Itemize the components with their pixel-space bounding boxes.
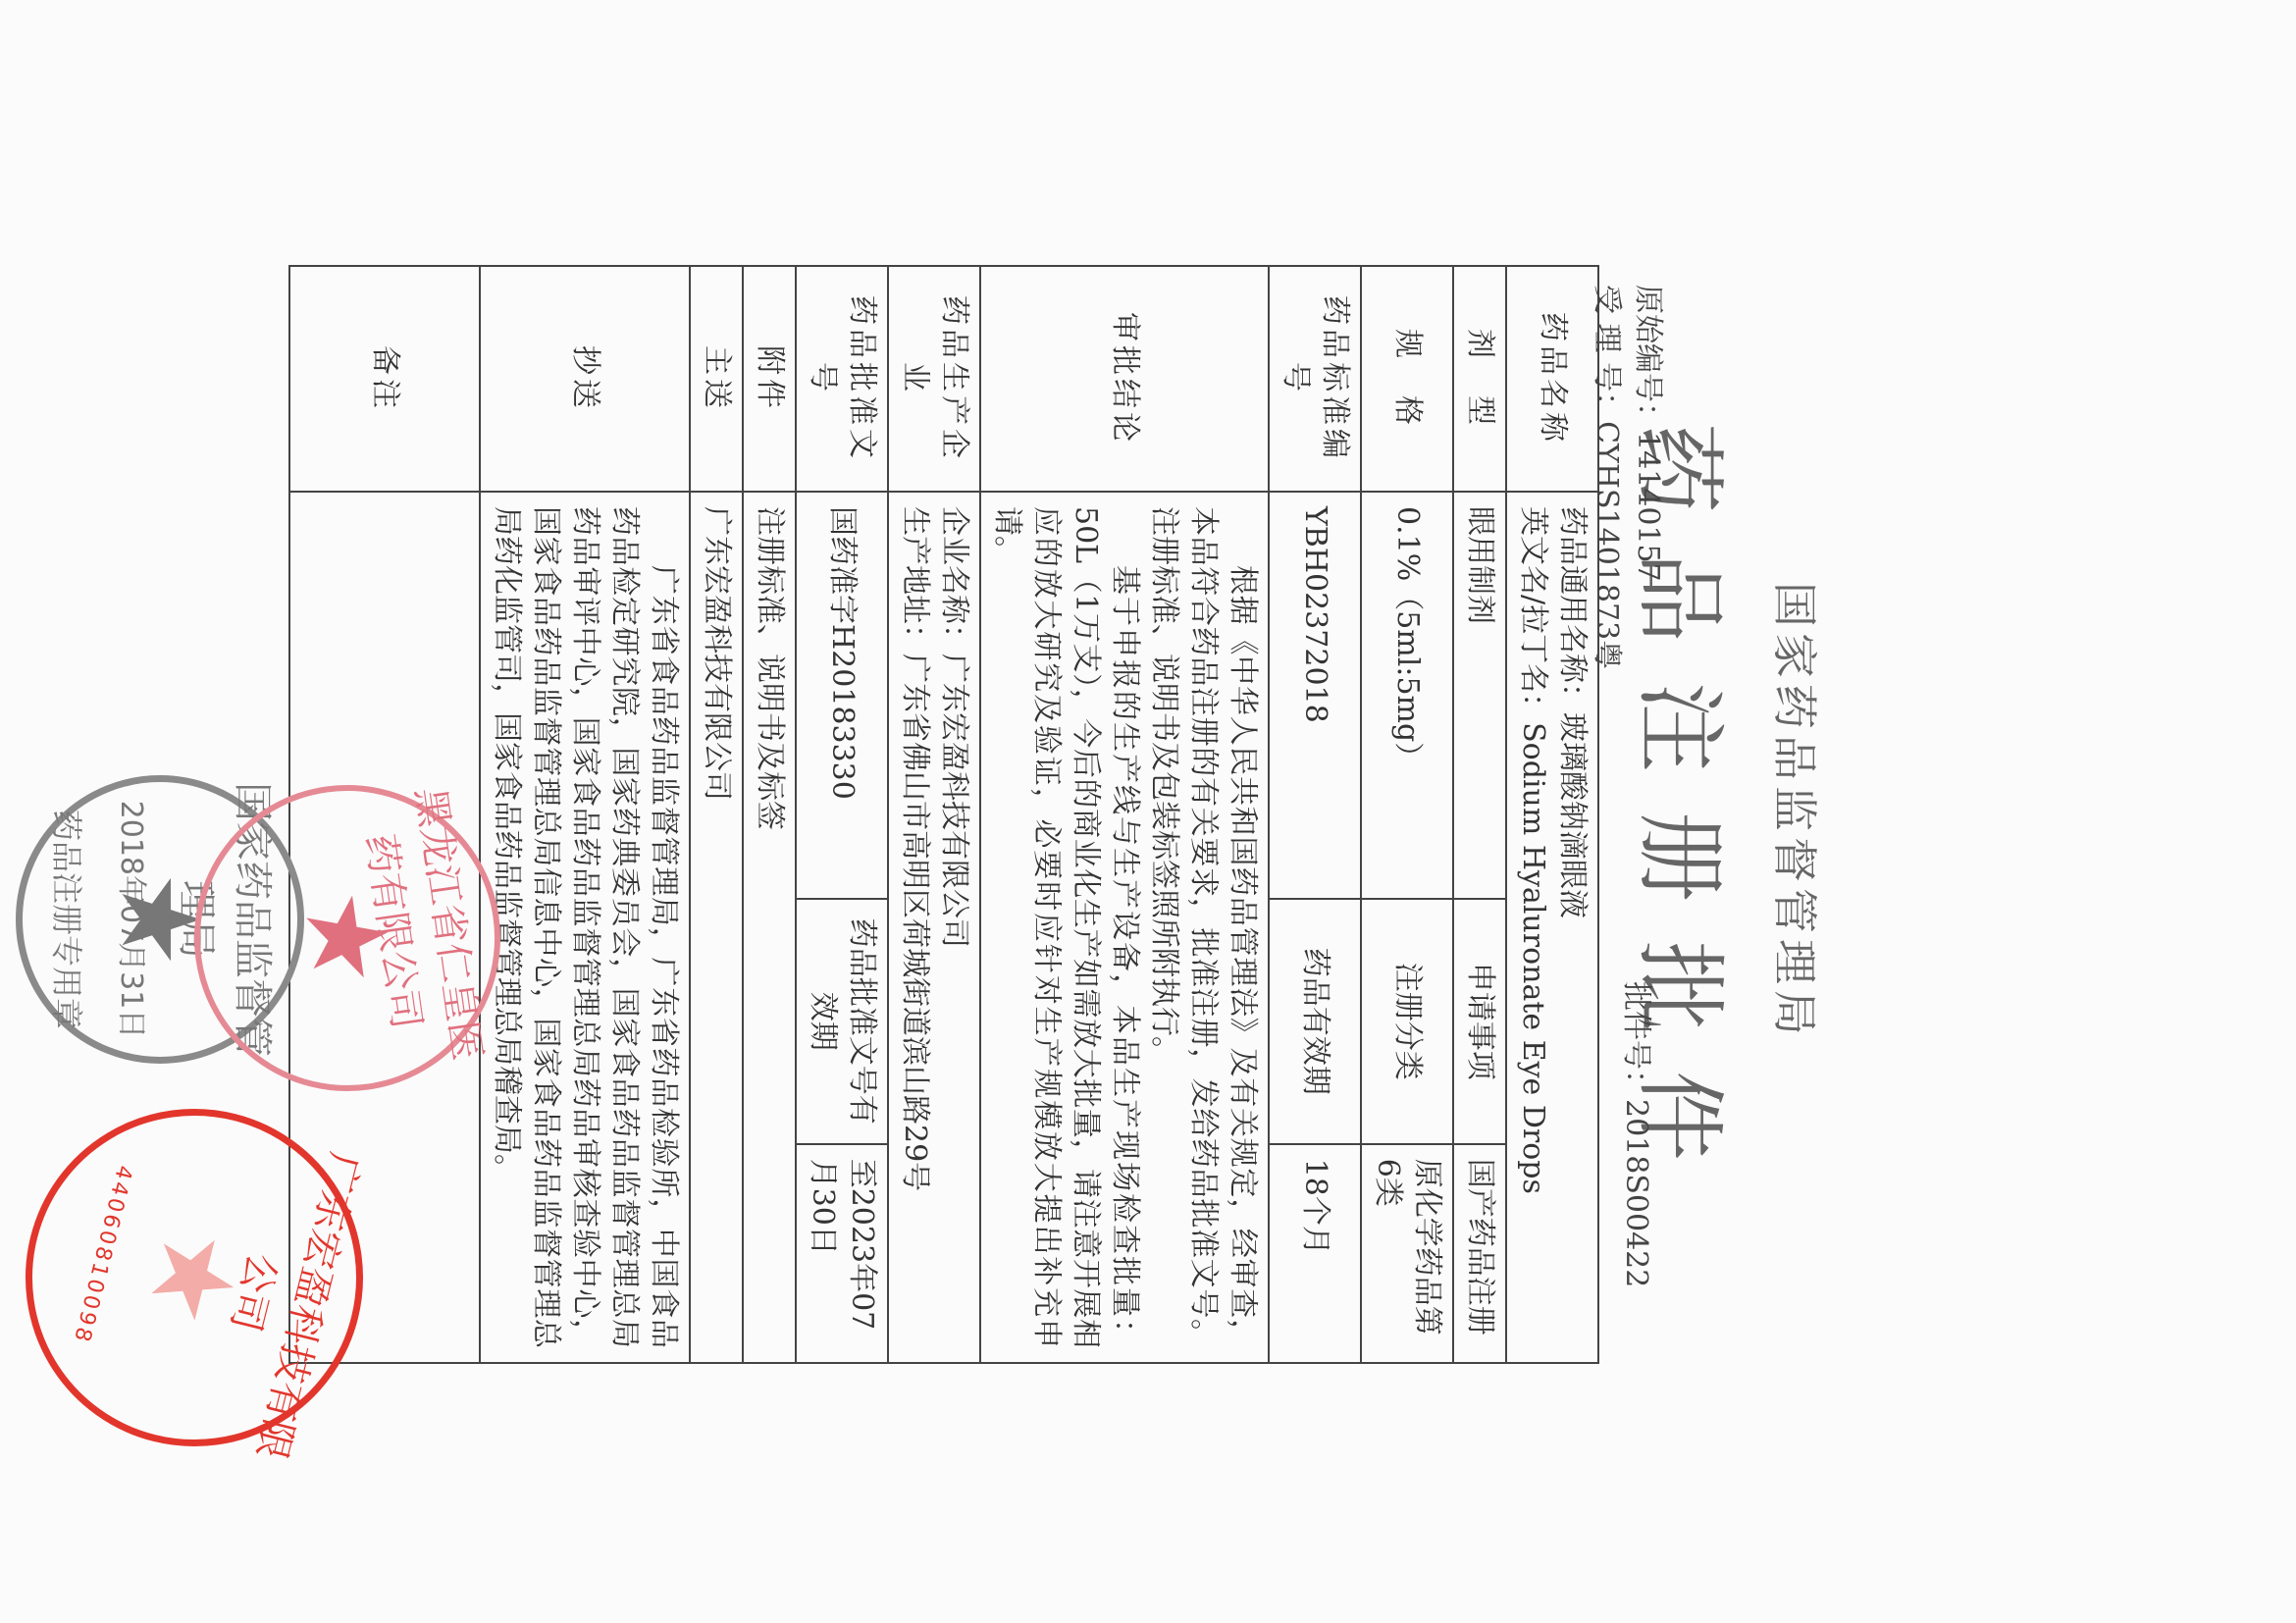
manufacturer-label: 药品生产企业 bbox=[888, 266, 980, 492]
registration-class-label: 注册分类 bbox=[1361, 899, 1453, 1144]
attachment-label: 附件 bbox=[743, 266, 796, 492]
issuing-organization: 国家药品监督管理局 bbox=[1765, 0, 1830, 1623]
dosage-form-label: 剂 型 bbox=[1453, 266, 1506, 492]
approval-conclusion-label: 审批结论 bbox=[980, 266, 1269, 492]
generic-name-label: 药品通用名称： bbox=[1555, 506, 1590, 712]
main-recipient-label: 主送 bbox=[690, 266, 743, 492]
cc-label: 抄送 bbox=[480, 266, 690, 492]
original-number-value: 14140157 bbox=[1631, 432, 1665, 582]
approval-doc-validity-label: 药品批准文号有效期 bbox=[796, 899, 888, 1144]
approval-table: 药品名称 药品通用名称：玻璃酸钠滴眼液 英文名/拉丁名：Sodium Hyalu… bbox=[288, 265, 1599, 1364]
application-item-label: 申请事项 bbox=[1453, 899, 1506, 1144]
seal-purpose: 药品注册专用章 bbox=[46, 782, 91, 1057]
manufacturer-address-value: 广东省佛山市高明区荷城街道滨山路29号 bbox=[898, 654, 932, 1191]
english-name-label: 英文名/拉丁名： bbox=[1516, 506, 1550, 722]
english-name: 英文名/拉丁名：Sodium Hyaluronate Eye Drops bbox=[1513, 506, 1552, 1348]
registration-approval-document: 国家药品监督管理局 药品注册批件 原始编号：14140157 受 理 号：CYH… bbox=[0, 0, 2296, 1623]
row-specification: 规 格 0.1%（5ml:5mg） 注册分类 原化学药品第6类 bbox=[1361, 266, 1453, 1363]
manufacturer-cell: 企业名称：广东宏盈科技有限公司 生产地址：广东省佛山市高明区荷城街道滨山路29号 bbox=[888, 492, 980, 1363]
manufacturer-name-value: 广东宏盈科技有限公司 bbox=[937, 654, 971, 948]
row-cc: 抄送 广东省食品药品监督管理局，广东省药品检验所，中国食品药品检定研究院，国家药… bbox=[480, 266, 690, 1363]
drug-name-label: 药品名称 bbox=[1506, 266, 1598, 492]
generic-name: 药品通用名称：玻璃酸钠滴眼液 bbox=[1552, 506, 1592, 1348]
conclusion-paragraph: 根据《中华人民共和国药品管理法》及有关规定，经审查，本品符合药品注册的有关要求，… bbox=[1144, 506, 1262, 1348]
approval-doc-number-value: 国药准字H20183330 bbox=[796, 492, 888, 899]
approval-doc-validity-value: 至2023年07月30日 bbox=[796, 1144, 888, 1363]
drug-name-cell: 药品通用名称：玻璃酸钠滴眼液 英文名/拉丁名：Sodium Hyaluronat… bbox=[1506, 492, 1598, 1363]
remarks-label: 备注 bbox=[289, 266, 480, 492]
row-attachment: 附件 注册标准、说明书及标签 bbox=[743, 266, 796, 1363]
row-drug-name: 药品名称 药品通用名称：玻璃酸钠滴眼液 英文名/拉丁名：Sodium Hyalu… bbox=[1506, 266, 1598, 1363]
document-title: 药品注册批件 bbox=[1622, 0, 1751, 1623]
specification-value: 0.1%（5ml:5mg） bbox=[1361, 492, 1453, 899]
conclusion-paragraph: 基于申报的生产线与生产设备，本品生产现场检查批量：50L（1万支），今后的商业化… bbox=[987, 506, 1144, 1348]
original-number: 原始编号：14140157 bbox=[1627, 285, 1668, 669]
manufacturer-address: 生产地址：广东省佛山市高明区荷城街道滨山路29号 bbox=[895, 506, 934, 1348]
application-item-value: 国产药品注册 bbox=[1453, 1144, 1506, 1363]
approval-number: 批件号：2018S00422 bbox=[1615, 981, 1656, 1287]
row-main-recipient: 主送 广东宏盈科技有限公司 bbox=[690, 266, 743, 1363]
original-number-label: 原始编号： bbox=[1631, 285, 1665, 432]
manufacturer-address-label: 生产地址： bbox=[898, 506, 932, 654]
approval-number-label: 批件号： bbox=[1619, 981, 1653, 1099]
main-recipient-value: 广东宏盈科技有限公司 bbox=[690, 492, 743, 1363]
approval-number-value: 2018S00422 bbox=[1619, 1099, 1653, 1287]
generic-name-value: 玻璃酸钠滴眼液 bbox=[1555, 712, 1590, 918]
validity-value: 18个月 bbox=[1269, 1144, 1361, 1363]
manufacturer-name-label: 企业名称： bbox=[937, 506, 971, 654]
seal-date: 2018年07月31日 bbox=[113, 782, 156, 1057]
approval-conclusion-text: 根据《中华人民共和国药品管理法》及有关规定，经审查，本品符合药品注册的有关要求，… bbox=[980, 492, 1269, 1363]
row-manufacturer: 药品生产企业 企业名称：广东宏盈科技有限公司 生产地址：广东省佛山市高明区荷城街… bbox=[888, 266, 980, 1363]
english-name-value: Sodium Hyaluronate Eye Drops bbox=[1516, 722, 1550, 1194]
cc-value: 广东省食品药品监督管理局，广东省药品检验所，中国食品药品检定研究院，国家药典委员… bbox=[480, 492, 690, 1363]
attachment-value: 注册标准、说明书及标签 bbox=[743, 492, 796, 1363]
dosage-form-value: 眼用制剂 bbox=[1453, 492, 1506, 899]
registration-class-value: 原化学药品第6类 bbox=[1361, 1144, 1453, 1363]
approval-doc-number-label: 药品批准文号 bbox=[796, 266, 888, 492]
validity-label: 药品有效期 bbox=[1269, 899, 1361, 1144]
specification-label: 规 格 bbox=[1361, 266, 1453, 492]
row-standard-number: 药品标准编号 YBH02372018 药品有效期 18个月 bbox=[1269, 266, 1361, 1363]
row-approval-doc-number: 药品批准文号 国药准字H20183330 药品批准文号有效期 至2023年07月… bbox=[796, 266, 888, 1363]
row-approval-conclusion: 审批结论 根据《中华人民共和国药品管理法》及有关规定，经审查，本品符合药品注册的… bbox=[980, 266, 1269, 1363]
row-dosage-form: 剂 型 眼用制剂 申请事项 国产药品注册 bbox=[1453, 266, 1506, 1363]
standard-number-label: 药品标准编号 bbox=[1269, 266, 1361, 492]
manufacturer-name: 企业名称：广东宏盈科技有限公司 bbox=[934, 506, 973, 1348]
standard-number-value: YBH02372018 bbox=[1269, 492, 1361, 899]
